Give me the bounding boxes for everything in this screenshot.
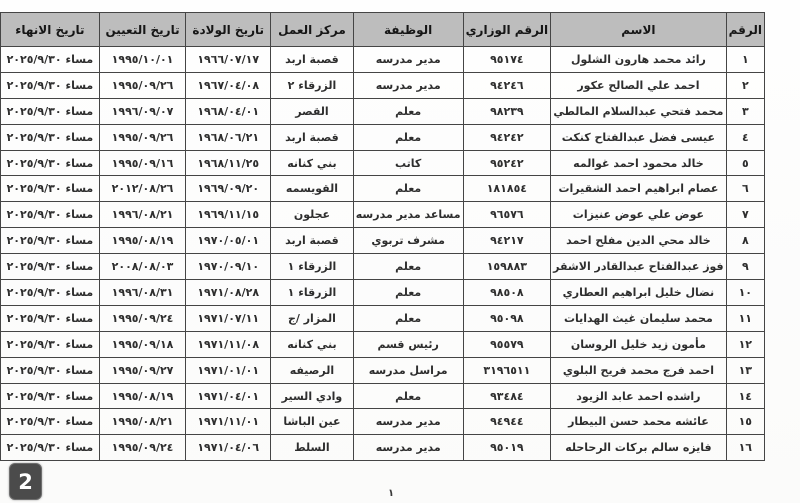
cell-birth-date: ١٩٧١/٠٤/٠١	[186, 383, 271, 409]
header-cell: مركز العمل	[271, 13, 354, 47]
cell-job-title: مدير مدرسه	[353, 409, 463, 435]
cell-birth-date: ١٩٧١/١١/٠٨	[186, 331, 271, 357]
cell-ministry-number: ٩٤٢١٧	[463, 228, 551, 254]
cell-work-center: الزرقاء ١	[271, 280, 354, 306]
table-row: ٨خالد محي الدين مفلح احمد٩٤٢١٧مشرف تربوي…	[1, 228, 765, 254]
cell-ministry-number: ٩٥٢٤٢	[463, 150, 551, 176]
cell-birth-date: ١٩٧١/٠٧/١١	[186, 305, 271, 331]
header-cell: الاسم	[551, 13, 726, 47]
cell-job-title: مشرف تربوي	[353, 228, 463, 254]
cell-birth-date: ١٩٧٠/٠٩/١٠	[186, 254, 271, 280]
table-row: ١٠نضال خليل ابراهيم العطاري٩٨٥٠٨معلمالزر…	[1, 280, 765, 306]
cell-employee-name: عائشه محمد حسن البيطار	[551, 409, 726, 435]
table-row: ٩فوز عبدالفتاح عبدالقادر الاشقر١٥٩٨٨٣معل…	[1, 254, 765, 280]
cell-employee-name: محمد سليمان غيث الهدايات	[551, 305, 726, 331]
cell-end-date: مساء ٢٠٢٥/٩/٣٠	[1, 357, 100, 383]
cell-employee-name: خالد محمود احمد غوالمه	[551, 150, 726, 176]
cell-ministry-number: ٩٤٢٤٢	[463, 124, 551, 150]
cell-employee-name: خالد محي الدين مفلح احمد	[551, 228, 726, 254]
cell-ministry-number: ٩٥٥٧٩	[463, 331, 551, 357]
cell-work-center: القصر	[271, 98, 354, 124]
cell-row-number: ١١	[726, 305, 764, 331]
cell-work-center: قصبة اربد	[271, 124, 354, 150]
cell-row-number: ٤	[726, 124, 764, 150]
cell-row-number: ٩	[726, 254, 764, 280]
cell-work-center: المزار /ج	[271, 305, 354, 331]
cell-appointment-date: ١٩٩٥/٠٩/٢٧	[99, 357, 186, 383]
table-row: ٥خالد محمود احمد غوالمه٩٥٢٤٢كاتببني كنان…	[1, 150, 765, 176]
cell-birth-date: ١٩٦٧/٠٤/٠٨	[186, 72, 271, 98]
cell-end-date: مساء ٢٠٢٥/٩/٣٠	[1, 383, 100, 409]
table-row: ١٣احمد فرج محمد فريح البلوي٣١٩٦٥١١مراسل …	[1, 357, 765, 383]
cell-ministry-number: ١٥٩٨٨٣	[463, 254, 551, 280]
cell-appointment-date: ١٩٩٥/١٠/٠١	[99, 47, 186, 73]
scanned-document-page: الرقمالاسمالرقم الوزاريالوظيفةمركز العمل…	[0, 0, 800, 503]
header-cell: تاريخ التعيين	[99, 13, 186, 47]
cell-ministry-number: ٩٥٠١٩	[463, 435, 551, 461]
cell-appointment-date: ٢٠١٢/٠٨/٢٦	[99, 176, 186, 202]
cell-birth-date: ١٩٧١/٠١/٠١	[186, 357, 271, 383]
cell-birth-date: ١٩٧٠/٠٥/٠١	[186, 228, 271, 254]
cell-employee-name: عيسى فضل عبدالفتاح كنكت	[551, 124, 726, 150]
cell-job-title: معلم	[353, 305, 463, 331]
cell-job-title: معلم	[353, 254, 463, 280]
cell-row-number: ٢	[726, 72, 764, 98]
cell-ministry-number: ٩٦٥٧٦	[463, 202, 551, 228]
cell-work-center: قصبة اربد	[271, 47, 354, 73]
cell-job-title: معلم	[353, 280, 463, 306]
cell-employee-name: عصام ابراهيم احمد الشقيرات	[551, 176, 726, 202]
cell-end-date: مساء ٢٠٢٥/٩/٣٠	[1, 435, 100, 461]
cell-work-center: السلط	[271, 435, 354, 461]
header-cell: الرقم	[726, 13, 764, 47]
cell-end-date: مساء ٢٠٢٥/٩/٣٠	[1, 176, 100, 202]
cell-end-date: مساء ٢٠٢٥/٩/٣٠	[1, 124, 100, 150]
cell-birth-date: ١٩٧١/٠٤/٠٦	[186, 435, 271, 461]
cell-row-number: ٣	[726, 98, 764, 124]
cell-end-date: مساء ٢٠٢٥/٩/٣٠	[1, 202, 100, 228]
table-row: ١٤راشده احمد عابد الزيود٩٣٤٨٤معلموادي ال…	[1, 383, 765, 409]
header-cell: تاريخ الانهاء	[1, 13, 100, 47]
cell-appointment-date: ١٩٩٦/٠٨/٣١	[99, 280, 186, 306]
header-cell: الوظيفة	[353, 13, 463, 47]
cell-birth-date: ١٩٧١/١١/٠١	[186, 409, 271, 435]
cell-ministry-number: ١٨١٨٥٤	[463, 176, 551, 202]
table-row: ١٥عائشه محمد حسن البيطار٩٤٩٤٤مدير مدرسهع…	[1, 409, 765, 435]
cell-birth-date: ١٩٦٨/١١/٢٥	[186, 150, 271, 176]
cell-appointment-date: ١٩٩٥/٠٨/١٩	[99, 228, 186, 254]
cell-work-center: الرصيفه	[271, 357, 354, 383]
table-row: ١٦فايزه سالم بركات الرحاحله٩٥٠١٩مدير مدر…	[1, 435, 765, 461]
cell-birth-date: ١٩٦٨/٠٤/٠١	[186, 98, 271, 124]
table-header: الرقمالاسمالرقم الوزاريالوظيفةمركز العمل…	[1, 13, 765, 47]
page-2-badge[interactable]: 2	[9, 463, 42, 500]
cell-ministry-number: ٩٥١٧٤	[463, 47, 551, 73]
cell-birth-date: ١٩٦٩/١١/١٥	[186, 202, 271, 228]
table-row: ٣محمد فتحي عبدالسلام المالطي٩٨٢٣٩معلمالق…	[1, 98, 765, 124]
cell-job-title: رئيس قسم	[353, 331, 463, 357]
table-body: ١رائد محمد هارون الشلول٩٥١٧٤مدير مدرسهقص…	[1, 47, 765, 461]
cell-employee-name: نضال خليل ابراهيم العطاري	[551, 280, 726, 306]
cell-ministry-number: ٩٥٠٩٨	[463, 305, 551, 331]
cell-appointment-date: ١٩٩٦/٠٨/٢١	[99, 202, 186, 228]
table-row: ٦عصام ابراهيم احمد الشقيرات١٨١٨٥٤معلمالق…	[1, 176, 765, 202]
cell-ministry-number: ٩٨٢٣٩	[463, 98, 551, 124]
cell-ministry-number: ٩٣٤٨٤	[463, 383, 551, 409]
cell-job-title: معلم	[353, 124, 463, 150]
cell-work-center: وادي السير	[271, 383, 354, 409]
cell-row-number: ١٢	[726, 331, 764, 357]
cell-ministry-number: ٣١٩٦٥١١	[463, 357, 551, 383]
cell-job-title: معلم	[353, 176, 463, 202]
cell-employee-name: راشده احمد عابد الزيود	[551, 383, 726, 409]
cell-ministry-number: ٩٤٢٤٦	[463, 72, 551, 98]
table-row: ٤عيسى فضل عبدالفتاح كنكت٩٤٢٤٢معلمقصبة ار…	[1, 124, 765, 150]
cell-employee-name: محمد فتحي عبدالسلام المالطي	[551, 98, 726, 124]
cell-job-title: مراسل مدرسه	[353, 357, 463, 383]
cell-end-date: مساء ٢٠٢٥/٩/٣٠	[1, 305, 100, 331]
cell-row-number: ٧	[726, 202, 764, 228]
cell-job-title: مدير مدرسه	[353, 435, 463, 461]
cell-row-number: ٥	[726, 150, 764, 176]
cell-job-title: مدير مدرسه	[353, 72, 463, 98]
cell-end-date: مساء ٢٠٢٥/٩/٣٠	[1, 331, 100, 357]
cell-job-title: مدير مدرسه	[353, 47, 463, 73]
table-row: ١٢مأمون زيد خليل الروسان٩٥٥٧٩رئيس قسمبني…	[1, 331, 765, 357]
header-cell: الرقم الوزاري	[463, 13, 551, 47]
cell-row-number: ١٤	[726, 383, 764, 409]
page-number-footnote: ١	[388, 488, 394, 499]
employees-table: الرقمالاسمالرقم الوزاريالوظيفةمركز العمل…	[0, 12, 765, 461]
table-header-row: الرقمالاسمالرقم الوزاريالوظيفةمركز العمل…	[1, 13, 765, 47]
cell-job-title: مساعد مدير مدرسه	[353, 202, 463, 228]
cell-work-center: عجلون	[271, 202, 354, 228]
cell-birth-date: ١٩٦٨/٠٦/٢١	[186, 124, 271, 150]
cell-employee-name: احمد علي الصالح عكور	[551, 72, 726, 98]
cell-end-date: مساء ٢٠٢٥/٩/٣٠	[1, 98, 100, 124]
cell-appointment-date: ٢٠٠٨/٠٨/٠٣	[99, 254, 186, 280]
cell-employee-name: فوز عبدالفتاح عبدالقادر الاشقر	[551, 254, 726, 280]
cell-job-title: كاتب	[353, 150, 463, 176]
cell-appointment-date: ١٩٩٦/٠٩/٠٧	[99, 98, 186, 124]
cell-appointment-date: ١٩٩٥/٠٨/١٩	[99, 383, 186, 409]
cell-work-center: عين الباشا	[271, 409, 354, 435]
cell-row-number: ٨	[726, 228, 764, 254]
cell-end-date: مساء ٢٠٢٥/٩/٣٠	[1, 72, 100, 98]
cell-work-center: القويسمه	[271, 176, 354, 202]
cell-birth-date: ١٩٦٩/٠٩/٢٠	[186, 176, 271, 202]
cell-ministry-number: ٩٤٩٤٤	[463, 409, 551, 435]
cell-end-date: مساء ٢٠٢٥/٩/٣٠	[1, 228, 100, 254]
cell-work-center: قصبة اربد	[271, 228, 354, 254]
cell-birth-date: ١٩٧١/٠٨/٢٨	[186, 280, 271, 306]
table-row: ١رائد محمد هارون الشلول٩٥١٧٤مدير مدرسهقص…	[1, 47, 765, 73]
cell-job-title: معلم	[353, 383, 463, 409]
cell-appointment-date: ١٩٩٥/٠٩/٢٦	[99, 124, 186, 150]
cell-appointment-date: ١٩٩٥/٠٩/٢٦	[99, 72, 186, 98]
table-row: ٢احمد علي الصالح عكور٩٤٢٤٦مدير مدرسهالزر…	[1, 72, 765, 98]
cell-row-number: ١	[726, 47, 764, 73]
cell-row-number: ١٦	[726, 435, 764, 461]
cell-end-date: مساء ٢٠٢٥/٩/٣٠	[1, 47, 100, 73]
cell-appointment-date: ١٩٩٥/٠٨/٢١	[99, 409, 186, 435]
cell-birth-date: ١٩٦٦/٠٧/١٧	[186, 47, 271, 73]
cell-employee-name: مأمون زيد خليل الروسان	[551, 331, 726, 357]
cell-employee-name: عوض علي عوض عنيزات	[551, 202, 726, 228]
cell-work-center: بني كنانه	[271, 331, 354, 357]
cell-job-title: معلم	[353, 98, 463, 124]
table-row: ٧عوض علي عوض عنيزات٩٦٥٧٦مساعد مدير مدرسه…	[1, 202, 765, 228]
cell-work-center: بني كنانه	[271, 150, 354, 176]
cell-end-date: مساء ٢٠٢٥/٩/٣٠	[1, 409, 100, 435]
cell-employee-name: رائد محمد هارون الشلول	[551, 47, 726, 73]
cell-appointment-date: ١٩٩٥/٠٩/٢٤	[99, 305, 186, 331]
cell-employee-name: احمد فرج محمد فريح البلوي	[551, 357, 726, 383]
table-row: ١١محمد سليمان غيث الهدايات٩٥٠٩٨معلمالمزا…	[1, 305, 765, 331]
cell-row-number: ٦	[726, 176, 764, 202]
cell-appointment-date: ١٩٩٥/٠٩/١٦	[99, 150, 186, 176]
cell-row-number: ١٥	[726, 409, 764, 435]
cell-appointment-date: ١٩٩٥/٠٩/١٨	[99, 331, 186, 357]
cell-ministry-number: ٩٨٥٠٨	[463, 280, 551, 306]
cell-end-date: مساء ٢٠٢٥/٩/٣٠	[1, 254, 100, 280]
cell-employee-name: فايزه سالم بركات الرحاحله	[551, 435, 726, 461]
cell-end-date: مساء ٢٠٢٥/٩/٣٠	[1, 150, 100, 176]
cell-end-date: مساء ٢٠٢٥/٩/٣٠	[1, 280, 100, 306]
cell-appointment-date: ١٩٩٥/٠٩/٢٤	[99, 435, 186, 461]
cell-row-number: ١٣	[726, 357, 764, 383]
cell-row-number: ١٠	[726, 280, 764, 306]
cell-work-center: الزرقاء ٢	[271, 72, 354, 98]
cell-work-center: الزرقاء ١	[271, 254, 354, 280]
header-cell: تاريخ الولادة	[186, 13, 271, 47]
